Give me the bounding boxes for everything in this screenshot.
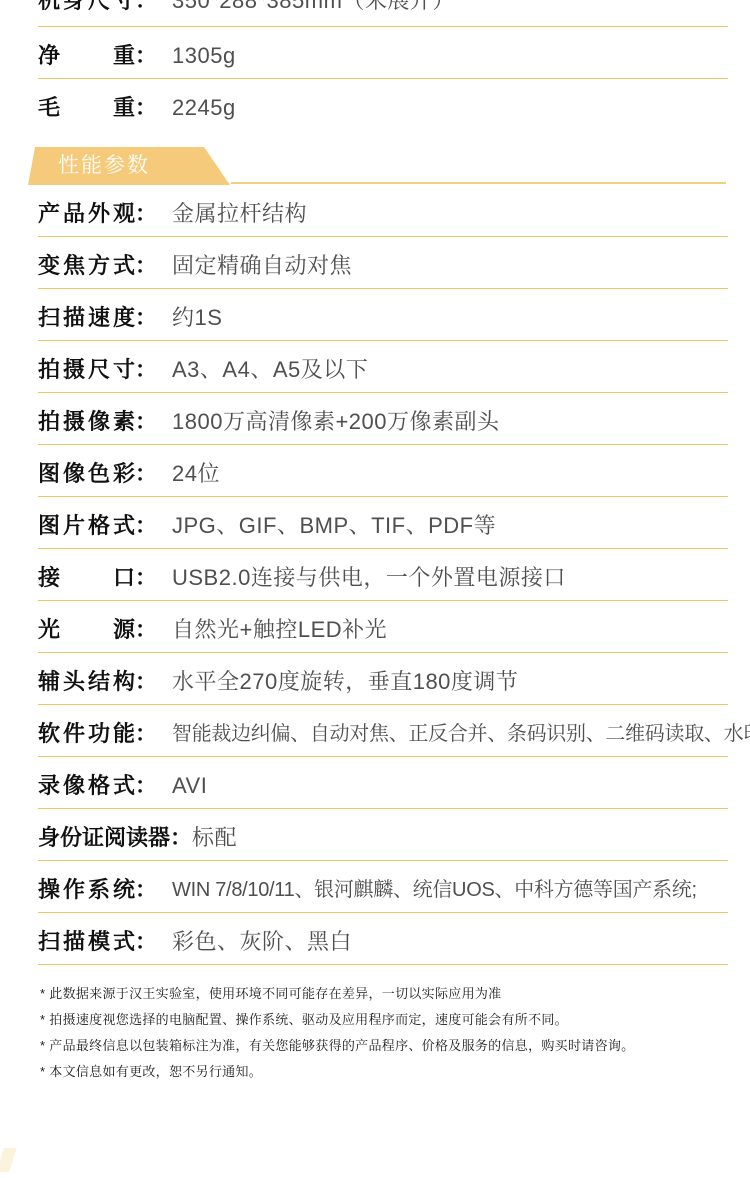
footnote: * 拍摄速度视您选择的电脑配置、操作系统、驱动及应用程序而定，速度可能会有所不同…: [40, 1011, 726, 1028]
spec-value: 2245g: [172, 91, 236, 125]
spec-label: 图像色彩：: [38, 457, 172, 491]
spec-label-colon: ：: [135, 43, 157, 68]
spec-value: USB2.0连接与供电，一个外置电源接口: [172, 561, 566, 595]
spec-label: 变焦方式：: [38, 249, 172, 283]
section-banner: 性能参数: [0, 147, 750, 185]
spec-label: 辅头结构：: [38, 665, 172, 699]
spec-value: 彩色、灰阶、黑白: [172, 925, 352, 959]
spec-row: 拍摄像素： 1800万高清像素+200万像素副头: [38, 393, 728, 445]
spec-label: 净重：: [38, 39, 172, 73]
spec-label-colon: ：: [135, 461, 157, 486]
spec-row: 接口： USB2.0连接与供电，一个外置电源接口: [38, 549, 728, 601]
spec-label-text: 录像格式: [38, 769, 135, 803]
spec-label: 录像格式：: [38, 769, 172, 803]
spec-value: 350*288*385mm（未展开）: [172, 0, 455, 18]
spec-label-text: 图片格式: [38, 509, 135, 543]
spec-row: 毛重： 2245g: [38, 79, 728, 130]
spec-row: 光源： 自然光+触控LED补光: [38, 601, 728, 653]
spec-value: 约1S: [172, 301, 222, 335]
spec-label: 拍摄尺寸：: [38, 353, 172, 387]
spec-label-colon: ：: [135, 357, 157, 382]
spec-label-colon: ：: [135, 877, 157, 902]
spec-label: 机身尺寸：: [38, 0, 172, 18]
spec-label-text: 扫描模式: [38, 925, 135, 959]
spec-label-colon: ：: [135, 95, 157, 120]
performance-specs-list: 产品外观： 金属拉杆结构 变焦方式： 固定精确自动对焦 扫描速度： 约1S 拍摄…: [0, 185, 750, 965]
spec-value: A3、A4、A5及以下: [172, 353, 368, 387]
spec-value: 标配: [192, 821, 237, 855]
spec-label-colon: ：: [135, 773, 157, 798]
spec-label: 毛重：: [38, 91, 172, 125]
spec-label-colon: ：: [135, 669, 157, 694]
spec-label-text: 扫描速度: [38, 301, 135, 335]
spec-label-text: 毛重: [38, 91, 135, 125]
spec-label-colon: ：: [135, 617, 157, 642]
spec-label-text: 图像色彩: [38, 457, 135, 491]
spec-label-text: 机身尺寸: [38, 0, 135, 18]
spec-label: 产品外观：: [38, 197, 172, 231]
spec-label-colon: ：: [135, 201, 157, 226]
spec-label: 接口：: [38, 561, 172, 595]
spec-label-colon: ：: [135, 409, 157, 434]
spec-label-text: 光源: [38, 613, 135, 647]
spec-row: 软件功能： 智能裁边纠偏、自动对焦、正反合并、条码识别、二维码读取、水印、PDF…: [38, 705, 728, 757]
spec-label: 扫描速度：: [38, 301, 172, 335]
spec-value: 水平全270度旋转，垂直180度调节: [172, 665, 518, 699]
spec-label-text: 身份证阅读器: [38, 821, 170, 855]
spec-row: 产品外观： 金属拉杆结构: [38, 185, 728, 237]
spec-value: 固定精确自动对焦: [172, 249, 352, 283]
spec-row: 录像格式： AVI: [38, 757, 728, 809]
spec-row: 身份证阅读器： 标配: [38, 809, 728, 861]
spec-value: WIN 7/8/10/11、银河麒麟、统信UOS、中科方德等国产系统;: [172, 873, 697, 907]
spec-label-text: 辅头结构: [38, 665, 135, 699]
section-title: 性能参数: [58, 147, 150, 185]
spec-label: 光源：: [38, 613, 172, 647]
spec-label-text: 拍摄尺寸: [38, 353, 135, 387]
spec-row: 扫描模式： 彩色、灰阶、黑白: [38, 913, 728, 965]
spec-label-text: 操作系统: [38, 873, 135, 907]
footnotes: * 此数据来源于汉王实验室，使用环境不同可能存在差异，一切以实际应用为准 * 拍…: [40, 985, 726, 1080]
spec-label-text: 拍摄像素: [38, 405, 135, 439]
spec-label-text: 软件功能: [38, 717, 135, 751]
spec-row: 净重： 1305g: [38, 27, 728, 79]
spec-label-colon: ：: [135, 929, 157, 954]
spec-row: 图片格式： JPG、GIF、BMP、TIF、PDF等: [38, 497, 728, 549]
spec-label-text: 产品外观: [38, 197, 135, 231]
spec-row: 操作系统： WIN 7/8/10/11、银河麒麟、统信UOS、中科方德等国产系统…: [38, 861, 728, 913]
spec-label-text: 净重: [38, 39, 135, 73]
spec-row: 变焦方式： 固定精确自动对焦: [38, 237, 728, 289]
spec-value: 金属拉杆结构: [172, 197, 307, 231]
spec-label-colon: ：: [135, 565, 157, 590]
footnote: * 产品最终信息以包装箱标注为准，有关您能够获得的产品程序、价格及服务的信息，购…: [40, 1037, 726, 1054]
spec-label-colon: ：: [170, 825, 192, 850]
spec-value: JPG、GIF、BMP、TIF、PDF等: [172, 509, 496, 543]
capture-edge-artifact: [0, 1148, 17, 1172]
spec-label-colon: ：: [135, 305, 157, 330]
spec-value: 24位: [172, 457, 220, 491]
spec-label: 拍摄像素：: [38, 405, 172, 439]
spec-row: 拍摄尺寸： A3、A4、A5及以下: [38, 341, 728, 393]
spec-row: 机身尺寸： 350*288*385mm（未展开）: [38, 0, 728, 27]
spec-value: 1800万高清像素+200万像素副头: [172, 405, 500, 439]
spec-value: 自然光+触控LED补光: [172, 613, 387, 647]
spec-label-text: 变焦方式: [38, 249, 135, 283]
spec-label-colon: ：: [135, 721, 157, 746]
spec-value: 智能裁边纠偏、自动对焦、正反合并、条码识别、二维码读取、水印、PDF功能、视频功…: [172, 717, 750, 751]
footnote: * 本文信息如有更改，恕不另行通知。: [40, 1063, 726, 1080]
spec-label-colon: ：: [135, 513, 157, 538]
spec-label: 操作系统：: [38, 873, 172, 907]
spec-label-colon: ：: [135, 253, 157, 278]
spec-row: 图像色彩： 24位: [38, 445, 728, 497]
spec-row: 辅头结构： 水平全270度旋转，垂直180度调节: [38, 653, 728, 705]
spec-label: 图片格式：: [38, 509, 172, 543]
spec-label-colon: ：: [135, 0, 157, 13]
spec-label-text: 接口: [38, 561, 135, 595]
spec-value: AVI: [172, 769, 207, 803]
footnote: * 此数据来源于汉王实验室，使用环境不同可能存在差异，一切以实际应用为准: [40, 985, 726, 1002]
spec-label: 扫描模式：: [38, 925, 172, 959]
spec-label: 软件功能：: [38, 717, 172, 751]
basic-specs-list: 机身尺寸： 350*288*385mm（未展开） 净重： 1305g 毛重： 2…: [0, 0, 750, 130]
spec-row: 扫描速度： 约1S: [38, 289, 728, 341]
banner-underline: [231, 182, 726, 184]
spec-label: 身份证阅读器：: [38, 821, 192, 855]
spec-value: 1305g: [172, 39, 236, 73]
product-spec-page: 机身尺寸： 350*288*385mm（未展开） 净重： 1305g 毛重： 2…: [0, 0, 750, 1178]
